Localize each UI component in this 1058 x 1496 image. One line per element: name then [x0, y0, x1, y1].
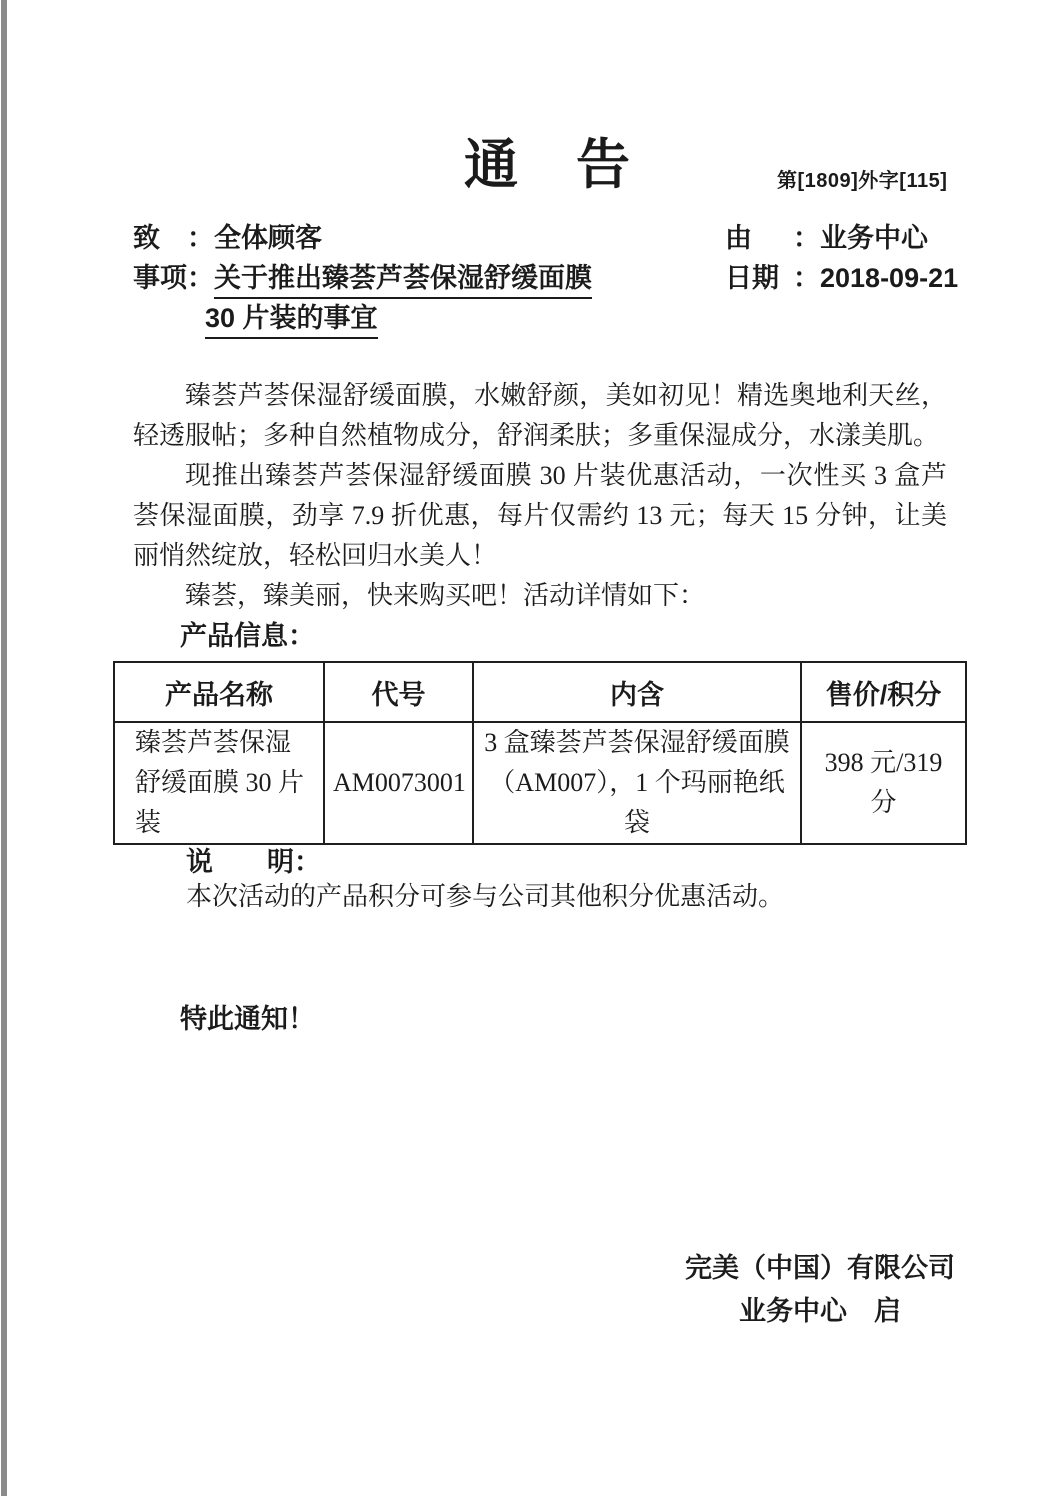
body-text: 臻荟芦荟保湿舒缓面膜，水嫩舒颜，美如初见！精选奥地利天丝，轻透服帖；多种自然植物…	[133, 376, 947, 616]
meta-date-row: 日期：2018-09-21	[725, 262, 958, 294]
to-value: ：全体顾客	[187, 223, 322, 253]
to-label: 致	[133, 222, 187, 254]
product-table: 产品名称 代号 内含 售价/积分 臻荟芦荟保湿舒缓面膜 30 片装 AM0073…	[113, 661, 967, 845]
signature-company: 完美（中国）有限公司	[655, 1247, 985, 1290]
col-header-product-name: 产品名称	[114, 662, 324, 722]
cell-product-contents: 3 盒臻荟芦荟保湿舒缓面膜（AM007），1 个玛丽艳纸袋	[473, 722, 801, 844]
date-value: ：2018-09-21	[793, 263, 958, 293]
signature-block: 完美（中国）有限公司 业务中心 启	[655, 1247, 985, 1333]
date-label: 日期	[725, 262, 793, 294]
notes-heading: 说 明：	[186, 846, 321, 878]
body-paragraph-3: 臻荟，臻美丽，快来购买吧！活动详情如下：	[133, 576, 947, 616]
subject-line2: 30 片装的事宜	[205, 302, 378, 339]
cell-product-code: AM0073001	[324, 722, 473, 844]
cell-price-points: 398 元/319 分	[801, 722, 966, 844]
subject-colon: ：	[187, 263, 214, 293]
document-number: 第[1809]外字[115]	[777, 168, 947, 194]
subject-line1: 关于推出臻荟芦荟保湿舒缓面膜	[214, 262, 592, 299]
notice-document-page: 通 告 第[1809]外字[115] 致：全体顾客 由：业务中心 事项：关于推出…	[0, 0, 1058, 1496]
scan-edge-strip	[0, 0, 7, 1496]
meta-subject-row: 事项：关于推出臻荟芦荟保湿舒缓面膜	[133, 262, 592, 299]
meta-to-row: 致：全体顾客	[133, 222, 322, 254]
body-paragraph-2: 现推出臻荟芦荟保湿舒缓面膜 30 片装优惠活动，一次性买 3 盒芦荟保湿面膜，劲…	[133, 456, 947, 576]
signature-signer: 业务中心 启	[655, 1290, 985, 1333]
cell-product-name: 臻荟芦荟保湿舒缓面膜 30 片装	[114, 722, 324, 844]
product-info-heading: 产品信息：	[180, 620, 315, 652]
col-header-contents: 内含	[473, 662, 801, 722]
product-table-row: 臻荟芦荟保湿舒缓面膜 30 片装 AM0073001 3 盒臻荟芦荟保湿舒缓面膜…	[114, 722, 966, 844]
meta-from-row: 由：业务中心	[725, 222, 928, 254]
from-label: 由	[725, 222, 793, 254]
notes-text: 本次活动的产品积分可参与公司其他积分优惠活动。	[186, 880, 784, 914]
subject-label: 事项	[133, 262, 187, 294]
from-value: ：业务中心	[793, 223, 928, 253]
product-table-header-row: 产品名称 代号 内含 售价/积分	[114, 662, 966, 722]
col-header-price-points: 售价/积分	[801, 662, 966, 722]
closing-notice: 特此通知！	[180, 1003, 315, 1035]
meta-subject-row-2: 30 片装的事宜	[205, 302, 378, 339]
body-paragraph-1: 臻荟芦荟保湿舒缓面膜，水嫩舒颜，美如初见！精选奥地利天丝，轻透服帖；多种自然植物…	[133, 376, 947, 456]
col-header-code: 代号	[324, 662, 473, 722]
document-title: 通 告	[464, 134, 632, 196]
